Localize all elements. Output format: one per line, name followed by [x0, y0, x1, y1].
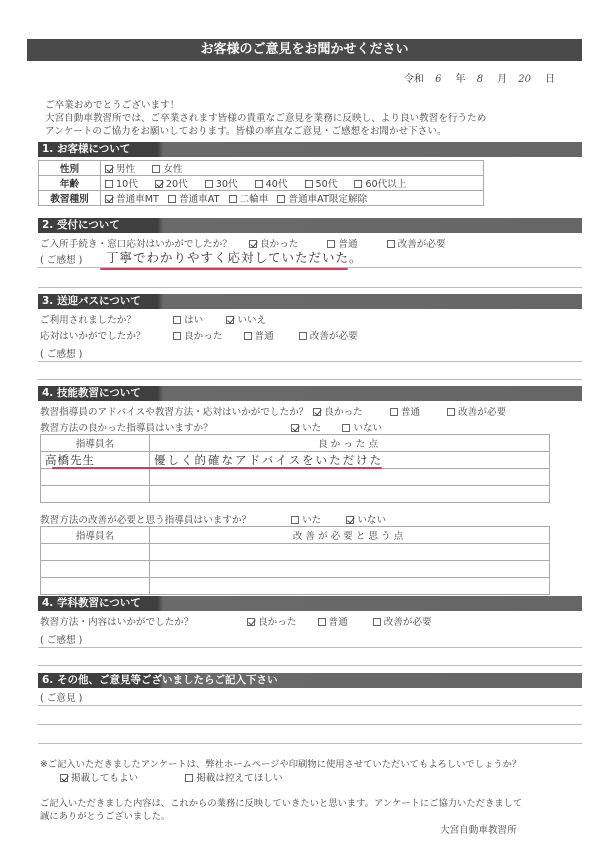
bus-comment-label: ( ご感想 ) — [40, 346, 82, 360]
section-6-header: 6. その他、ご意見等ございましたらご記入下さい — [38, 673, 582, 688]
reception-improve-option[interactable]: 改善が必要 — [387, 236, 446, 250]
checkbox-icon[interactable] — [277, 195, 285, 203]
checkbox-checked-icon[interactable] — [291, 424, 299, 432]
comment-line — [38, 743, 582, 744]
course-motorcycle-option[interactable]: 二輪車 — [229, 191, 269, 205]
bus-improve-option[interactable]: 改善が必要 — [299, 328, 358, 342]
consent-options-row: 掲載してもよい 掲載は控えてほしい — [60, 770, 297, 784]
academic-improve-option[interactable]: 改善が必要 — [373, 614, 432, 628]
good-point-cell[interactable] — [150, 486, 550, 503]
checkbox-icon[interactable] — [244, 332, 252, 340]
checkbox-icon[interactable] — [387, 240, 395, 248]
instructor-name-cell[interactable] — [41, 486, 150, 503]
checkbox-checked-icon[interactable] — [155, 180, 163, 188]
checkbox-icon[interactable] — [354, 180, 362, 188]
comment-line — [38, 724, 582, 725]
bus-service-row: 応対はいかがでしたか？ 良かった 普通 改善が必要 — [40, 328, 372, 342]
date-year-value[interactable]: 6 — [435, 74, 441, 85]
bus-usage-row: ご利用されましたか？ はい いいえ — [40, 312, 280, 326]
checkbox-icon[interactable] — [173, 316, 181, 324]
academic-normal-option[interactable]: 普通 — [318, 614, 348, 628]
checkbox-icon[interactable] — [229, 195, 237, 203]
checkbox-icon[interactable] — [390, 408, 398, 416]
column-header: 改善が必要と思う点 — [150, 527, 550, 544]
comment-line — [38, 665, 582, 666]
highlight-underline — [52, 467, 382, 469]
good-instructor-no-option[interactable]: いない — [342, 420, 382, 434]
checkbox-checked-icon[interactable] — [313, 408, 321, 416]
instructor-good-option[interactable]: 良かった — [313, 404, 362, 418]
instructor-name-cell[interactable] — [41, 469, 150, 486]
course-mt-option[interactable]: 普通車MT — [105, 191, 159, 205]
section-1-header: 1. お客様について — [38, 142, 582, 157]
checkbox-icon[interactable] — [152, 165, 160, 173]
checkbox-icon[interactable] — [205, 180, 213, 188]
column-header: 良かった点 — [150, 435, 550, 452]
checkbox-icon[interactable] — [255, 180, 263, 188]
age-50s-option[interactable]: 50代 — [305, 176, 338, 190]
date-year-unit: 年 — [456, 74, 466, 85]
date-era: 令和 — [404, 74, 424, 85]
table-row-gender: 性別 男性 女性 — [39, 161, 484, 176]
checkbox-icon[interactable] — [373, 618, 381, 626]
age-40s-option[interactable]: 40代 — [255, 176, 288, 190]
bus-no-option[interactable]: いいえ — [226, 312, 266, 326]
age-30s-option[interactable]: 30代 — [205, 176, 238, 190]
checkbox-checked-icon[interactable] — [60, 774, 68, 782]
thanks-line-1: ご記入いただきました内容は、これからの業務に反映していきたいと思います。アンケー… — [40, 795, 522, 809]
opinion-comment-label: ( ご意見 ) — [40, 690, 82, 704]
date-month-unit: 月 — [497, 74, 507, 85]
good-instructor-yes-option[interactable]: いた — [291, 420, 321, 434]
checkbox-icon[interactable] — [305, 180, 313, 188]
checkbox-icon[interactable] — [173, 332, 181, 340]
comment-line — [38, 379, 582, 380]
course-at-option[interactable]: 普通車AT — [168, 191, 219, 205]
good-instructor-question: 教習方法の良かった指導員はいますか？ — [40, 420, 288, 434]
course-at-release-option[interactable]: 普通車AT限定解除 — [277, 191, 367, 205]
bus-usage-question: ご利用されましたか？ — [40, 312, 170, 326]
instructor-name-cell[interactable] — [41, 561, 150, 578]
table-row — [41, 578, 550, 595]
table-row — [41, 486, 550, 503]
checkbox-icon[interactable] — [327, 240, 335, 248]
bus-normal-option[interactable]: 普通 — [244, 328, 274, 342]
comment-line — [38, 361, 582, 362]
age-60s-plus-option[interactable]: 60代以上 — [354, 176, 406, 190]
academic-question-row: 教習方法・内容はいかがでしたか？ 良かった 普通 改善が必要 — [40, 614, 446, 628]
reception-comment[interactable]: 丁寧でわかりやすく応対していただいた。 — [106, 248, 363, 266]
good-point-cell[interactable]: 優しく的確なアドバイスをいただけた — [150, 452, 550, 469]
intro-text: ご卒業おめでとうございます！ 大宮自動車教習所では、ご卒業されます皆様の貴重なご… — [45, 99, 585, 138]
instructor-name-cell[interactable]: 高橋先生 — [41, 452, 150, 469]
improve-instructor-row: 教習方法の改善が必要と思う指導員はいますか？ いた いない — [40, 512, 400, 526]
improve-instructor-table: 指導員名 改善が必要と思う点 — [40, 526, 550, 595]
checkbox-checked-icon[interactable] — [346, 516, 354, 524]
gender-label: 性別 — [39, 161, 101, 176]
checkbox-icon[interactable] — [185, 774, 193, 782]
course-type-label: 教習種別 — [39, 191, 101, 206]
academic-good-option[interactable]: 良かった — [247, 614, 296, 628]
gender-male-option[interactable]: 男性 — [105, 161, 135, 175]
checkbox-icon[interactable] — [447, 408, 455, 416]
thanks-line-2: 誠にありがとうございました。 — [40, 808, 170, 822]
bus-service-question: 応対はいかがでしたか？ — [40, 328, 170, 342]
highlight-underline — [100, 268, 348, 270]
date-month-value[interactable]: 8 — [477, 74, 483, 85]
instructor-name-cell[interactable] — [41, 544, 150, 561]
comment-line — [38, 705, 582, 706]
checkbox-icon[interactable] — [299, 332, 307, 340]
comment-line — [38, 267, 582, 268]
intro-line-3: アンケートのご協力をお願いしております。皆様の率直なご意見・ご感想をお聞かせ下さ… — [45, 125, 585, 138]
instructor-normal-option[interactable]: 普通 — [390, 404, 420, 418]
column-header: 指導員名 — [41, 435, 150, 452]
comment-line — [38, 647, 582, 648]
instructor-rating-row: 教習指導員のアドバイスや教習方法・応対はいかがでしたか？ 良かった 普通 改善が… — [40, 404, 520, 418]
section-2-header: 2. 受付について — [38, 218, 582, 233]
academic-comment-label: ( ご感想 ) — [40, 632, 82, 646]
table-row: 高橋先生 優しく的確なアドバイスをいただけた — [41, 452, 550, 469]
date-row: 令和 6年 8月 20日 — [398, 70, 555, 85]
school-signature: 大宮自動車教習所 — [440, 822, 517, 836]
column-header: 指導員名 — [41, 527, 150, 544]
table-header-row: 指導員名 良かった点 — [41, 435, 550, 452]
instructor-rating-question: 教習指導員のアドバイスや教習方法・応対はいかがでしたか？ — [40, 407, 308, 418]
consent-decline-option[interactable]: 掲載は控えてほしい — [185, 770, 282, 784]
age-20s-option[interactable]: 20代 — [155, 176, 188, 190]
consent-allow-option[interactable]: 掲載してもよい — [60, 770, 138, 784]
improve-instructor-yes-option[interactable]: いた — [291, 512, 321, 526]
table-row — [41, 544, 550, 561]
comment-line — [38, 287, 582, 288]
gender-female-option[interactable]: 女性 — [152, 161, 182, 175]
table-row — [41, 469, 550, 486]
reception-comment-label: ( ご感想 ) — [40, 252, 82, 266]
section-5-header: 4. 学科教習について — [38, 596, 582, 611]
checkbox-checked-icon[interactable] — [105, 165, 113, 173]
date-day-unit: 日 — [545, 74, 555, 85]
improve-point-cell[interactable] — [150, 578, 550, 595]
intro-line-2: 大宮自動車教習所では、ご卒業されます皆様の貴重なご意見を業務に反映し、より良い教… — [45, 112, 585, 125]
checkbox-checked-icon[interactable] — [249, 240, 257, 248]
table-row-course-type: 教習種別 普通車MT 普通車AT 二輪車 普通車AT限定解除 — [39, 191, 484, 206]
consent-question: ※ご記入いただきましたアンケートは、弊社ホームページや印刷物に使用させていただい… — [40, 756, 521, 770]
table-header-row: 指導員名 改善が必要と思う点 — [41, 527, 550, 544]
checkbox-checked-icon[interactable] — [247, 618, 255, 626]
bus-good-option[interactable]: 良かった — [173, 328, 222, 342]
checkbox-icon[interactable] — [342, 424, 350, 432]
checkbox-icon[interactable] — [168, 195, 176, 203]
table-row-age: 年齢 10代 20代 30代 40代 50代 60代以上 — [39, 176, 484, 191]
form-title: お客様のご意見をお聞かせください — [27, 39, 582, 61]
table-row — [41, 561, 550, 578]
good-point-cell[interactable] — [150, 469, 550, 486]
section-4-header: 4. 技能教習について — [38, 386, 582, 401]
checkbox-icon[interactable] — [318, 618, 326, 626]
section-3-header: 3. 送迎バスについて — [38, 294, 582, 309]
improve-point-cell[interactable] — [150, 561, 550, 578]
checkbox-checked-icon[interactable] — [105, 195, 113, 203]
age-label: 年齢 — [39, 176, 101, 191]
improve-instructor-no-option[interactable]: いない — [346, 512, 386, 526]
customer-info-table: 性別 男性 女性 年齢 10代 20代 30代 40代 50代 60代以上 教習… — [38, 160, 484, 206]
checkbox-icon[interactable] — [291, 516, 299, 524]
checkbox-icon[interactable] — [105, 180, 113, 188]
date-day-value[interactable]: 20 — [518, 74, 531, 85]
instructor-name-cell[interactable] — [41, 578, 150, 595]
age-10s-option[interactable]: 10代 — [105, 176, 138, 190]
improve-instructor-question: 教習方法の改善が必要と思う指導員はいますか？ — [40, 512, 288, 526]
good-instructor-row: 教習方法の良かった指導員はいますか？ いた いない — [40, 420, 396, 434]
checkbox-checked-icon[interactable] — [226, 316, 234, 324]
improve-point-cell[interactable] — [150, 544, 550, 561]
bus-yes-option[interactable]: はい — [173, 312, 203, 326]
instructor-improve-option[interactable]: 改善が必要 — [447, 404, 506, 418]
intro-line-1: ご卒業おめでとうございます！ — [45, 99, 585, 112]
academic-question: 教習方法・内容はいかがでしたか？ — [40, 614, 244, 628]
